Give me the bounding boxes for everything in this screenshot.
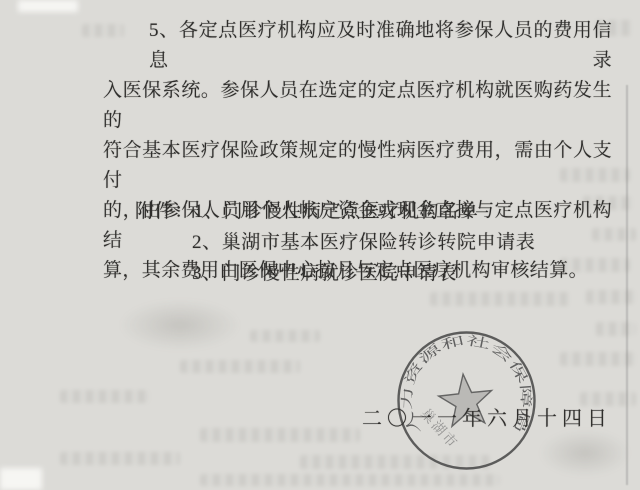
attachments-row: 附件：1、门诊慢性病定点医疗机构名单 bbox=[135, 196, 535, 227]
bleedthrough-patch bbox=[430, 292, 570, 306]
bleedthrough-patch bbox=[540, 430, 630, 476]
attachment-item: 1、门诊慢性病定点医疗机构名单 bbox=[194, 201, 479, 222]
bleedthrough-patch bbox=[60, 390, 150, 403]
document-page: 5、各定点医疗机构应及时准确地将参保人员的费用信息录 入医保系统。参保人员在选定… bbox=[0, 0, 640, 490]
attachments-row: 3、门诊慢性病就诊医院申请表 bbox=[135, 258, 535, 289]
bleedthrough-patch bbox=[586, 290, 636, 304]
bleedthrough-patch bbox=[596, 322, 636, 336]
official-seal: 人力资源和社会保障局 巢湖市 bbox=[396, 330, 537, 471]
scan-highlight bbox=[18, 0, 78, 12]
bleedthrough-patch bbox=[60, 452, 180, 465]
attachment-item: 3、门诊慢性病就诊医院申请表 bbox=[192, 263, 457, 284]
paragraph-line: 入医保系统。参保人员在选定的定点医疗机构就医购药发生的 bbox=[103, 76, 612, 136]
date-line: 二〇一一年六月十四日 bbox=[362, 402, 612, 431]
scan-highlight bbox=[0, 468, 42, 490]
bleedthrough-patch bbox=[200, 428, 360, 442]
bleedthrough-patch bbox=[560, 352, 636, 366]
bleedthrough-patch bbox=[200, 474, 500, 486]
attachments-row: 2、巢湖市基本医疗保险转诊转院申请表 bbox=[135, 227, 535, 258]
bleedthrough-patch bbox=[180, 360, 300, 373]
attachment-item: 2、巢湖市基本医疗保险转诊转院申请表 bbox=[192, 232, 535, 253]
bleedthrough-patch bbox=[120, 300, 240, 350]
attachments-label: 附件： bbox=[135, 201, 194, 222]
paragraph-line: 5、各定点医疗机构应及时准确地将参保人员的费用信息录 bbox=[103, 16, 612, 76]
attachments-block: 附件：1、门诊慢性病定点医疗机构名单 2、巢湖市基本医疗保险转诊转院申请表 3、… bbox=[135, 196, 535, 289]
bleedthrough-patch bbox=[250, 330, 320, 342]
paragraph-line: 符合基本医疗保险政策规定的慢性病医疗费用，需由个人支付 bbox=[103, 136, 612, 196]
page-edge-shadow bbox=[626, 85, 628, 485]
